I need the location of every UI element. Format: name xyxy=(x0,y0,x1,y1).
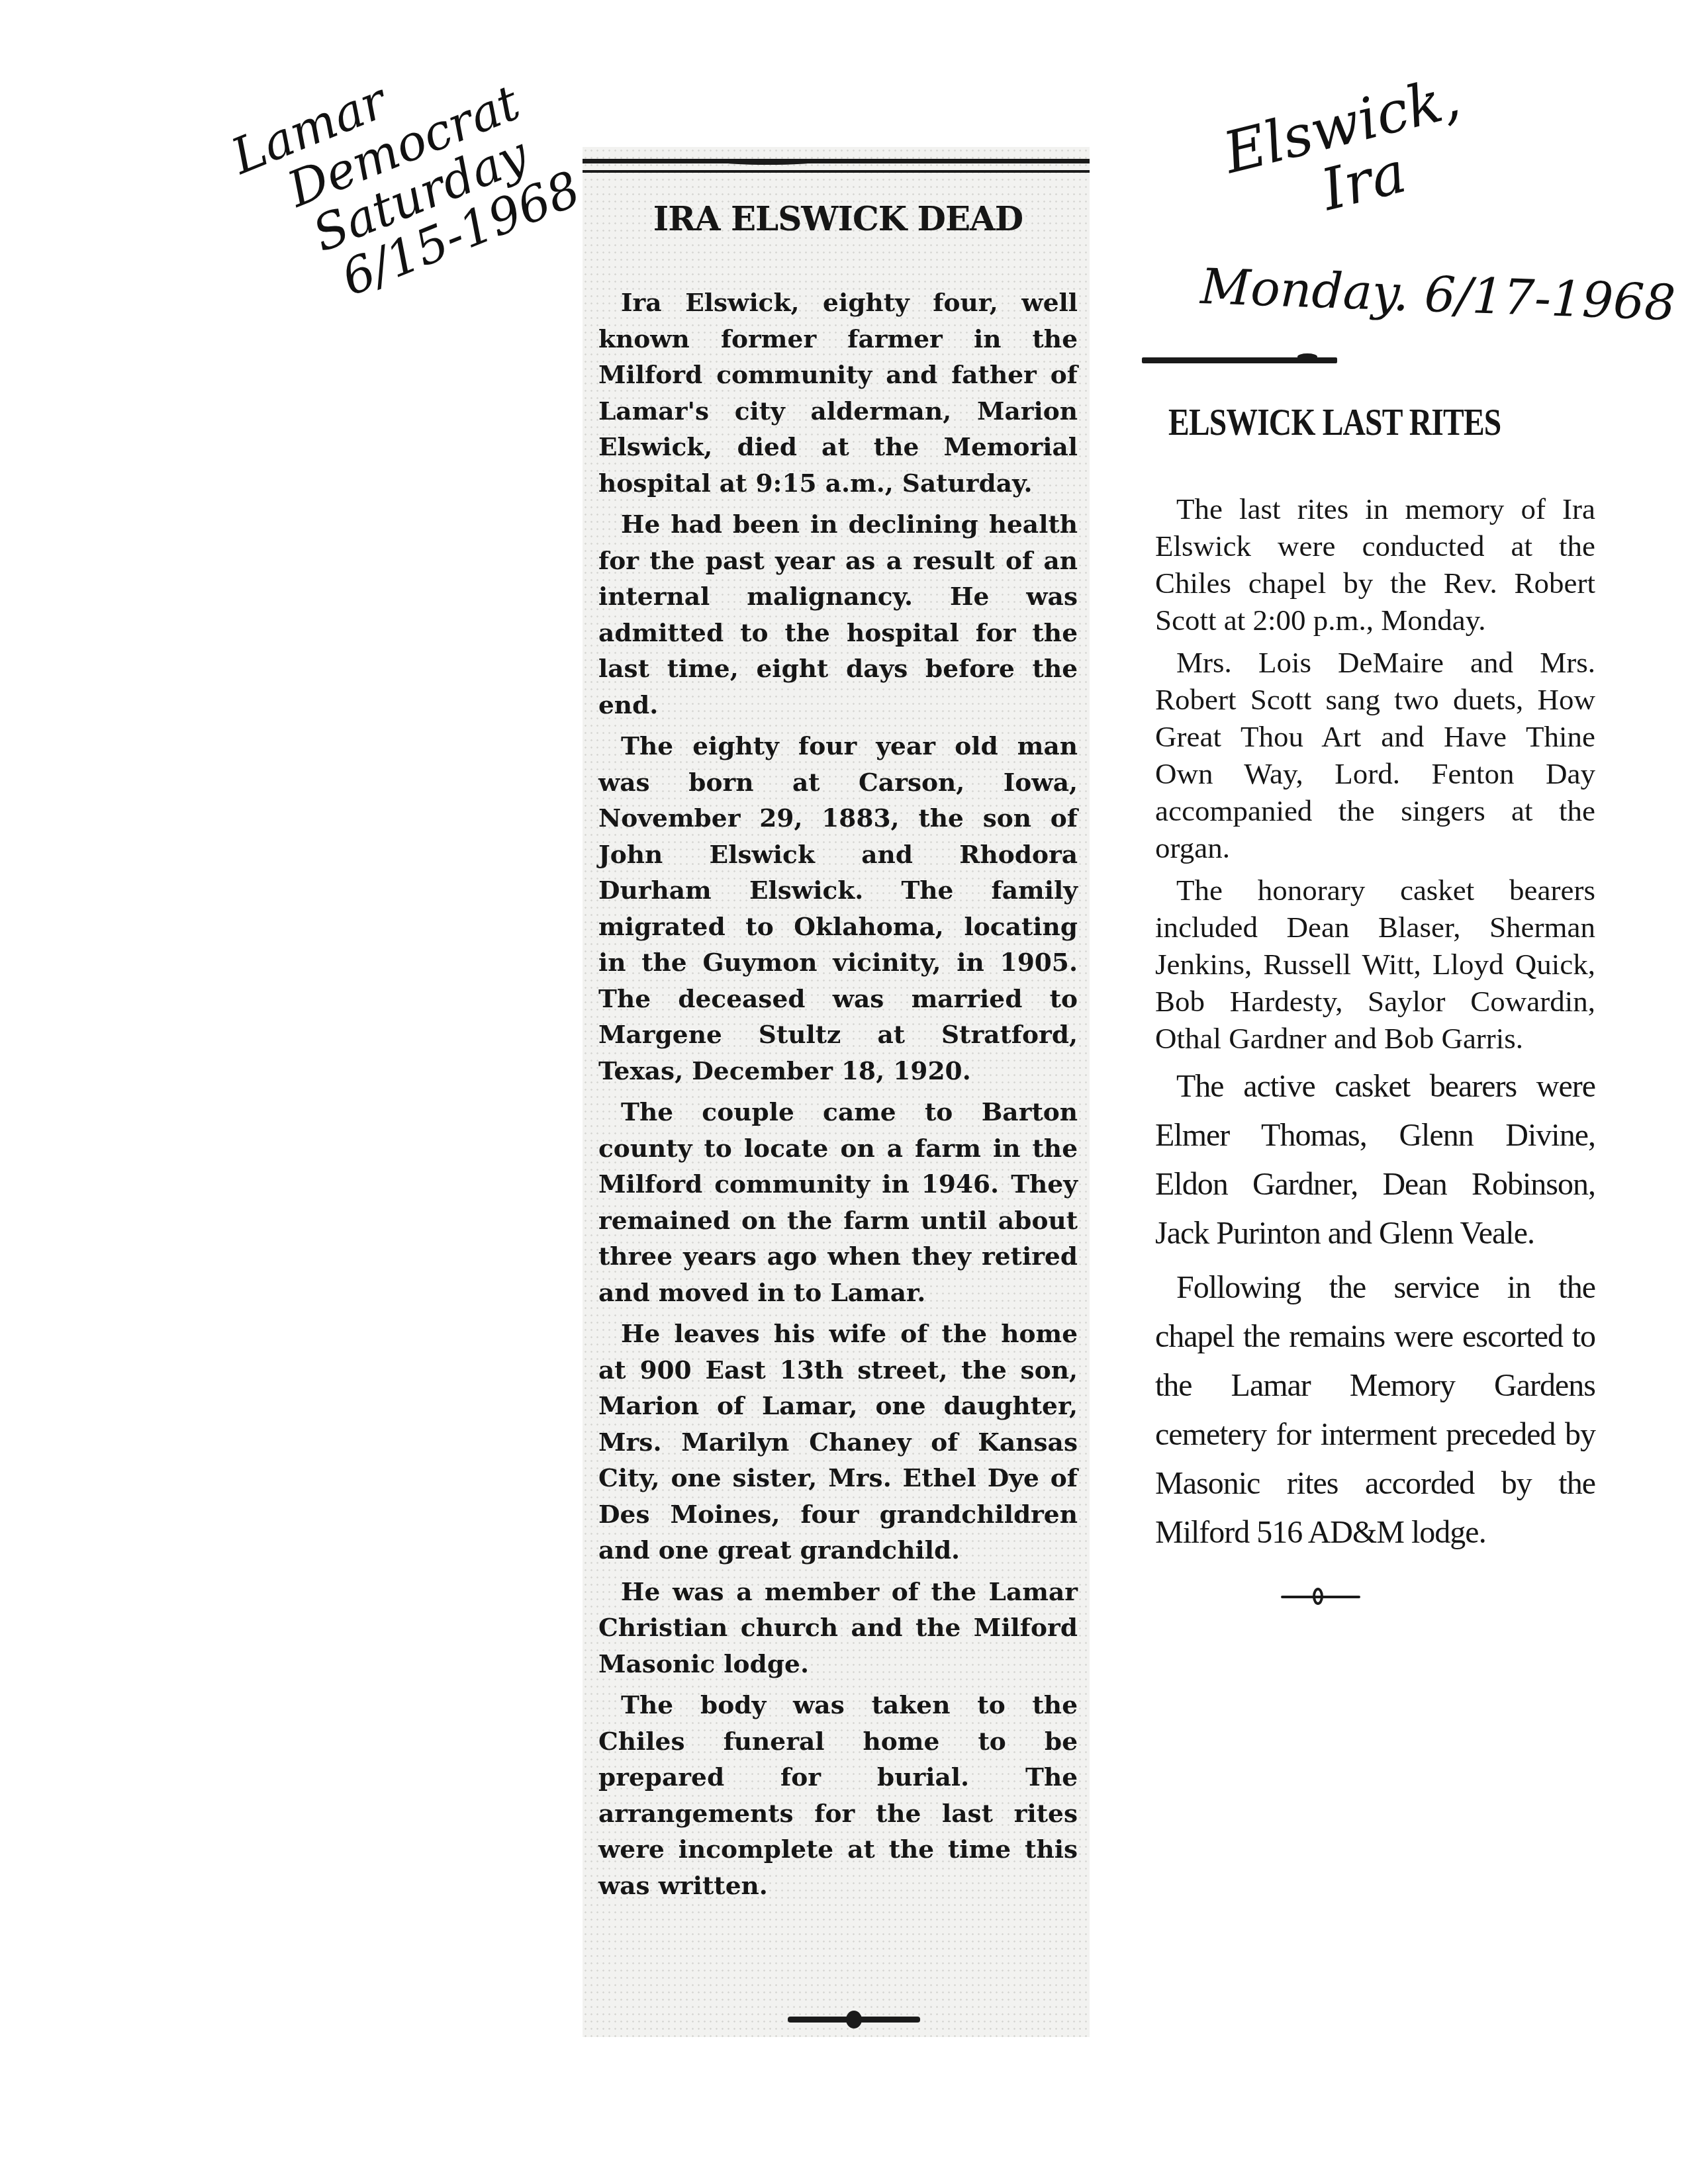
obituary-paragraph: Ira Elswick, eighty four, well known for… xyxy=(598,285,1078,501)
ornamental-top-rule xyxy=(583,159,1090,173)
last-rites-paragraph: Mrs. Lois DeMaire and Mrs. Robert Scott … xyxy=(1155,644,1595,866)
ornamental-top-rule xyxy=(1142,357,1337,363)
last-rites-paragraph: The active casket bearers were Elmer Tho… xyxy=(1155,1062,1595,1258)
ornamental-end-rule xyxy=(1281,1596,1360,1598)
handwritten-source-note: Lamar Democrat Saturday 6/15-1968 xyxy=(225,21,587,326)
obituary-paragraph: He was a member of the Lamar Christian c… xyxy=(598,1574,1078,1682)
last-rites-body: The last rites in memory of Ira Elswick … xyxy=(1142,490,1595,1598)
last-rites-clipping: ELSWICK LAST RITES The last rites in mem… xyxy=(1142,357,1605,1800)
obituary-paragraph: The body was taken to the Chiles funeral… xyxy=(598,1687,1078,1903)
last-rites-paragraph: The honorary casket bearers included Dea… xyxy=(1155,872,1595,1057)
obituary-paragraph: He had been in declining health for the … xyxy=(598,506,1078,723)
last-rites-paragraph: Following the service in the chapel the … xyxy=(1155,1263,1595,1557)
handwritten-date-note: Monday. 6/17-1968 xyxy=(1199,261,1676,330)
ornamental-end-rule xyxy=(788,2017,920,2023)
obituary-paragraph: The eighty four year old man was born at… xyxy=(598,728,1078,1089)
obituary-paragraph: He leaves his wife of the home at 900 Ea… xyxy=(598,1316,1078,1569)
obituary-paragraph: The couple came to Barton county to loca… xyxy=(598,1094,1078,1310)
obituary-clipping: IRA ELSWICK DEAD Ira Elswick, eighty fou… xyxy=(583,147,1090,2037)
handwritten-name-note: Elswick, Ira xyxy=(1218,68,1480,242)
last-rites-headline: ELSWICK LAST RITES xyxy=(1168,400,1526,444)
last-rites-paragraph: The last rites in memory of Ira Elswick … xyxy=(1155,490,1595,639)
obituary-headline: IRA ELSWICK DEAD xyxy=(598,199,1078,238)
